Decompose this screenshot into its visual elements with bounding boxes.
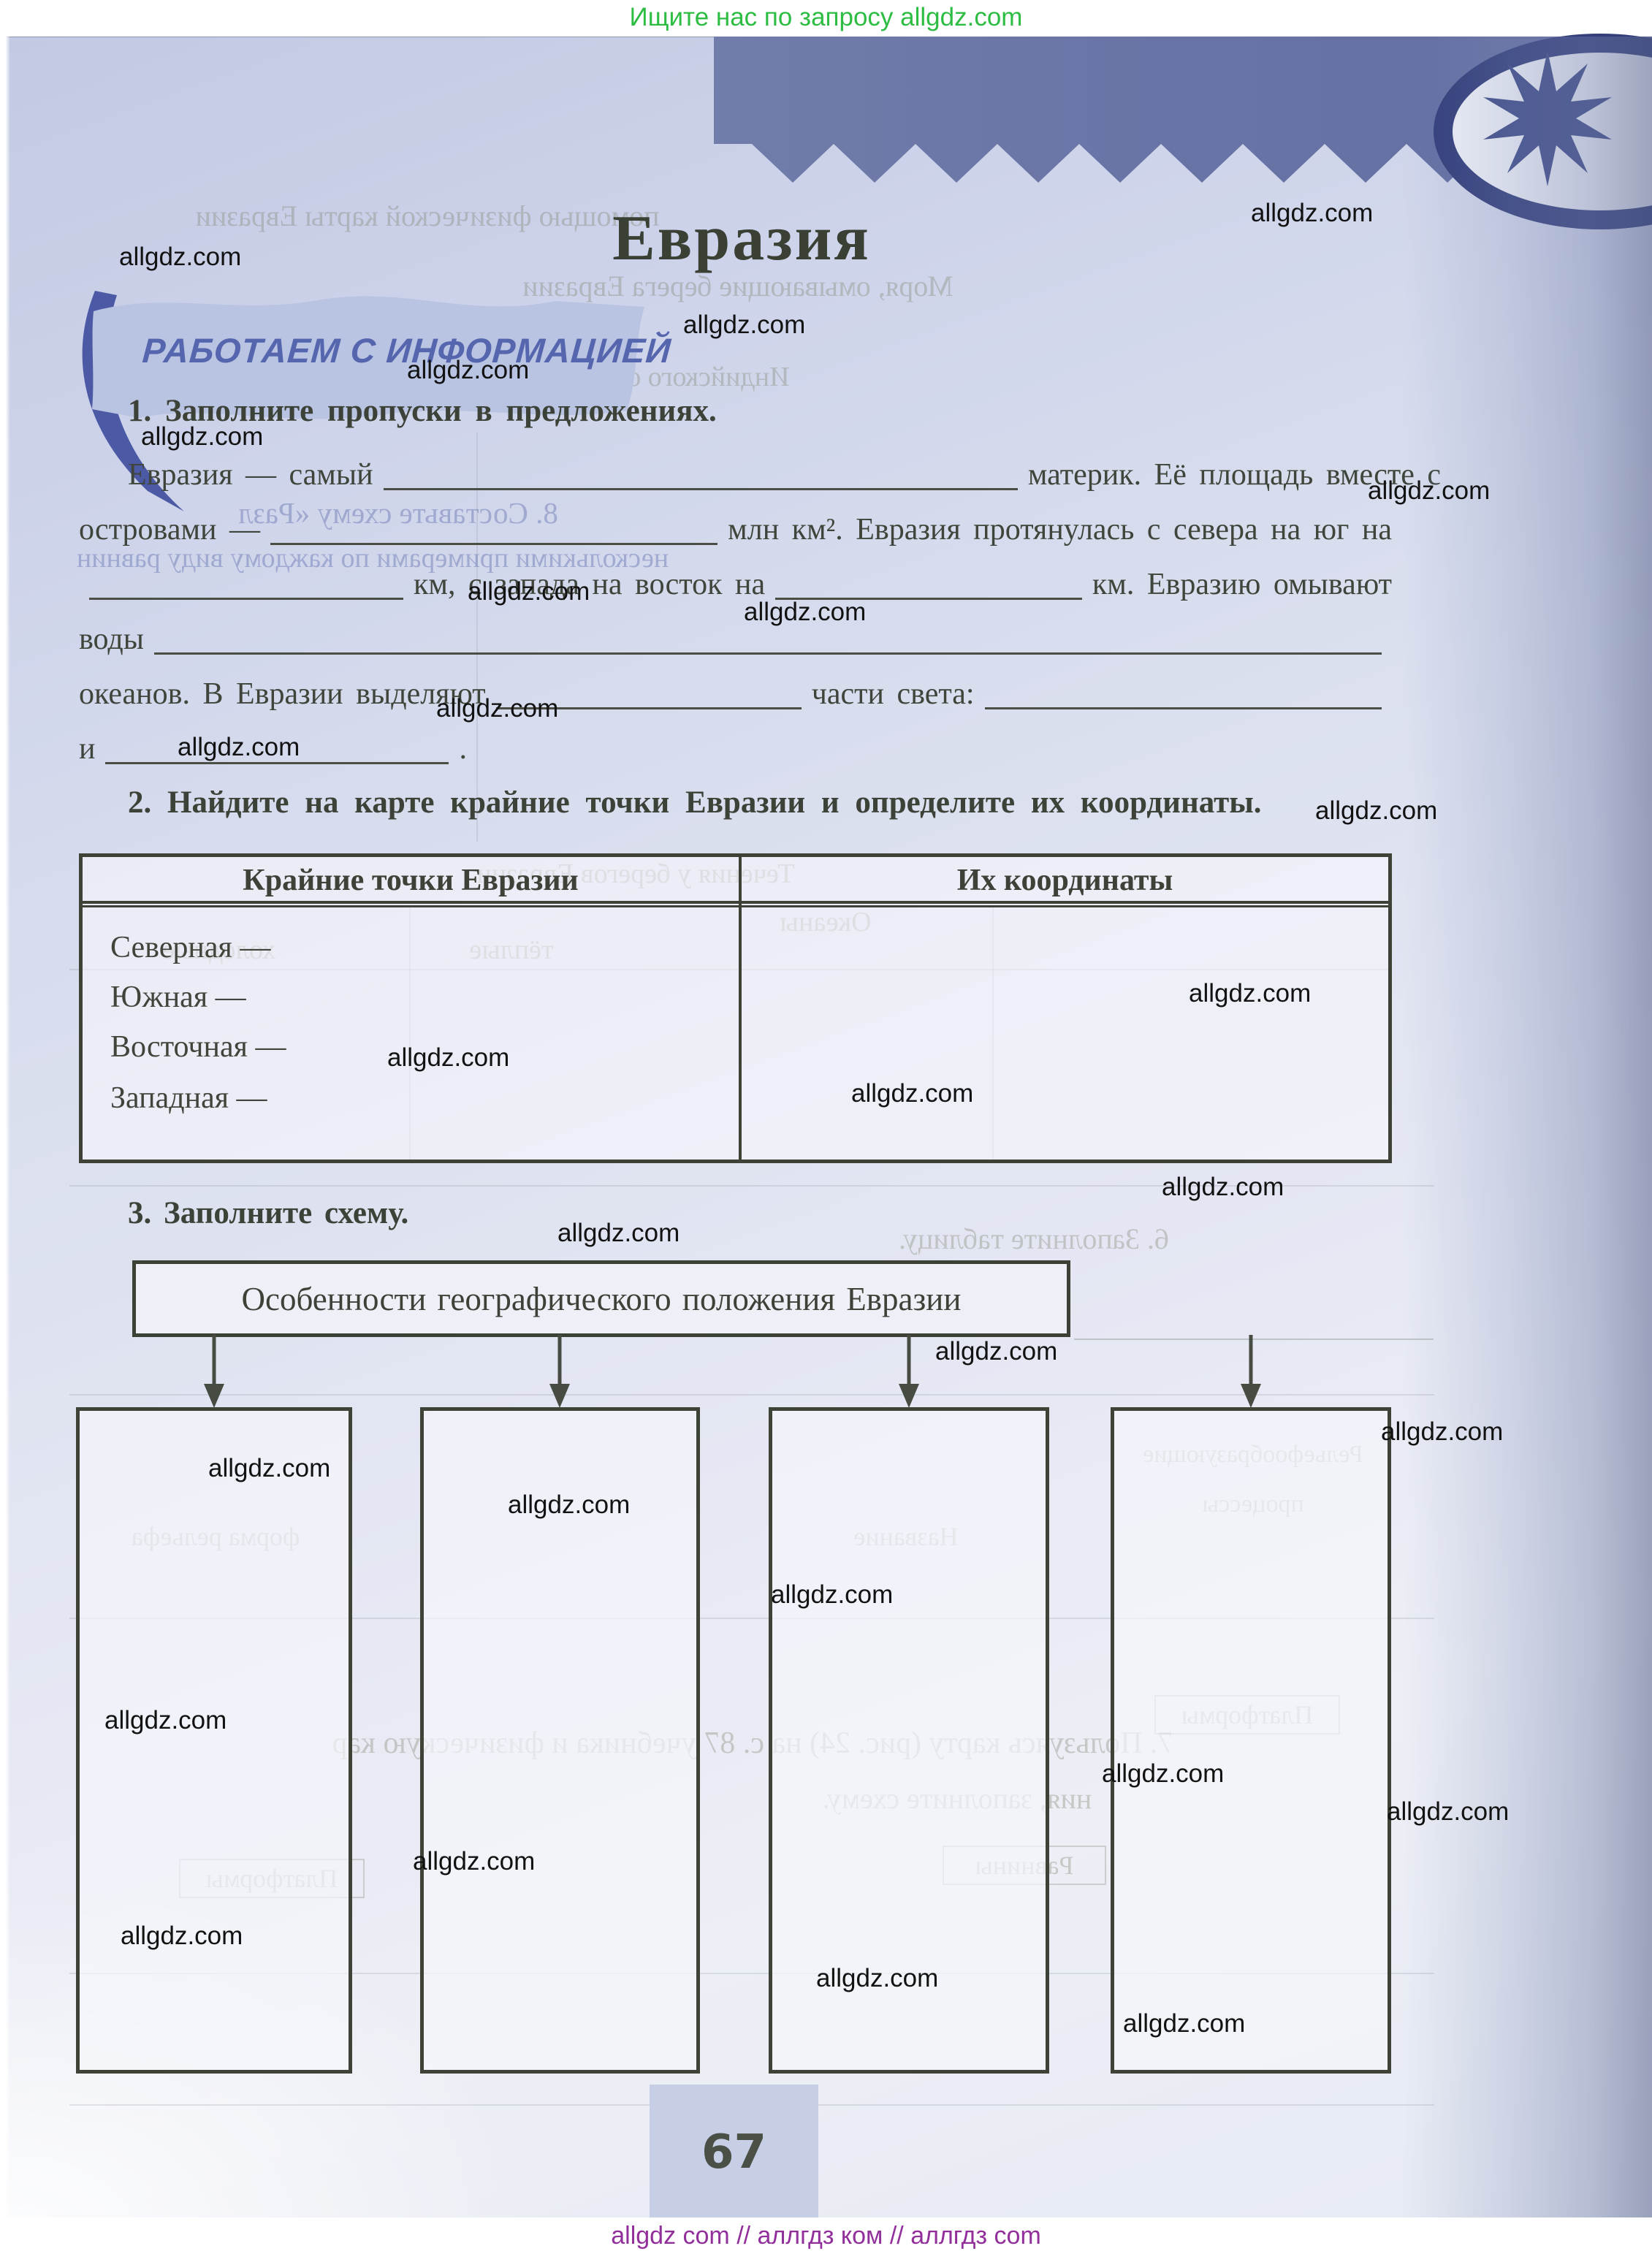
- watermark-text: allgdz.com: [121, 1922, 243, 1951]
- watermark-text: allgdz.com: [436, 694, 558, 723]
- watermark-text: allgdz.com: [508, 1490, 630, 1520]
- watermark-text: allgdz.com: [119, 243, 241, 272]
- fill-line-text: воды: [79, 621, 144, 658]
- watermark-text: allgdz.com: [1381, 1417, 1503, 1447]
- blank-underline: [775, 566, 1082, 600]
- blank-underline: [985, 675, 1382, 709]
- watermark-text: allgdz.com: [387, 1043, 509, 1073]
- watermark-text: allgdz.com: [1387, 1797, 1509, 1827]
- table-row-label: Восточная —: [110, 1029, 286, 1065]
- footer-strip: allgdz com // аллгдз ком // аллгдз com: [0, 2217, 1652, 2254]
- watermark-text: allgdz.com: [208, 1454, 330, 1483]
- watermark-text: allgdz.com: [744, 598, 866, 627]
- schema-box-4: [1111, 1407, 1391, 2074]
- footer-promo-text: allgdz com // аллгдз ком // аллгдз com: [611, 2222, 1041, 2250]
- fill-line-text: части света:: [812, 676, 975, 712]
- page-left-edge: [0, 37, 10, 2217]
- watermark-text: allgdz.com: [1123, 2009, 1245, 2038]
- watermark-text: allgdz.com: [178, 733, 300, 762]
- table-header-double-line: [83, 901, 1388, 907]
- watermark-text: allgdz.com: [1315, 796, 1437, 826]
- zigzag-band: [0, 37, 1652, 190]
- scanned-workbook-page: помощью физической карты ЕвразииМоря, ом…: [0, 0, 1652, 2254]
- page-number: 67: [701, 2125, 766, 2179]
- page-title: Евразия: [577, 202, 906, 275]
- watermark-text: allgdz.com: [141, 422, 263, 452]
- table-header-col1: Крайние точки Евразии: [83, 863, 739, 898]
- bleedthrough-text: 6. Заполните таблицу.: [862, 1222, 1206, 1256]
- extreme-points-table: Крайние точки Евразии Их координаты Севе…: [79, 853, 1392, 1163]
- watermark-text: allgdz.com: [935, 1337, 1057, 1366]
- watermark-text: allgdz.com: [1251, 199, 1373, 228]
- task2-heading: 2. Найдите на карте крайние точки Еврази…: [128, 785, 1262, 820]
- watermark-text: allgdz.com: [816, 1964, 938, 1993]
- fill-line: океанов. В Евразии выделяютчасти света:: [79, 673, 1392, 712]
- table-row-label: Западная —: [110, 1081, 267, 1116]
- top-promo-bar: Ищите нас по запросу allgdz.com: [0, 0, 1652, 37]
- schema-title: Особенности географического положения Ев…: [242, 1280, 962, 1318]
- watermark-text: allgdz.com: [851, 1079, 973, 1108]
- blank-underline: [270, 511, 717, 545]
- table-row-label: Южная —: [110, 980, 246, 1015]
- table-header-col2: Их координаты: [742, 863, 1388, 898]
- schema-arrows: [0, 1333, 1652, 1414]
- fill-line-text: км. Евразию омывают: [1092, 566, 1392, 603]
- blank-underline: [89, 566, 403, 600]
- fill-line-text: океанов. В Евразии выделяют: [79, 676, 486, 712]
- fill-line: Евразия — самыйматерик. Её площадь вмест…: [79, 454, 1441, 493]
- page-number-tab: 67: [650, 2084, 818, 2220]
- fill-line-text: млн км². Евразия протянулась с севера на…: [728, 511, 1392, 548]
- watermark-text: allgdz.com: [1102, 1759, 1224, 1789]
- fill-line-text: .: [459, 731, 467, 767]
- watermark-text: allgdz.com: [468, 577, 590, 606]
- task3-heading: 3. Заполните схему.: [128, 1195, 408, 1231]
- ribbon-label: РАБОТАЕМ С ИНФОРМАЦИЕЙ: [141, 330, 641, 370]
- watermark-text: allgdz.com: [407, 356, 529, 385]
- watermark-text: allgdz.com: [1368, 476, 1490, 506]
- watermark-text: allgdz.com: [771, 1580, 893, 1610]
- blank-underline: [384, 456, 1018, 490]
- watermark-text: allgdz.com: [413, 1847, 535, 1876]
- watermark-text: allgdz.com: [1189, 979, 1311, 1008]
- fill-line-text: и: [79, 731, 95, 767]
- schema-title-box: Особенности географического положения Ев…: [132, 1260, 1070, 1337]
- schema-box-1: [76, 1407, 352, 2074]
- fill-line-text: Евразия — самый: [128, 457, 373, 493]
- watermark-text: allgdz.com: [1162, 1173, 1284, 1202]
- watermark-text: allgdz.com: [104, 1706, 227, 1735]
- watermark-text: allgdz.com: [683, 311, 805, 340]
- watermark-text: allgdz.com: [557, 1219, 680, 1248]
- fill-line: островами —млн км². Евразия протянулась …: [79, 509, 1392, 548]
- star-icon: [1469, 39, 1644, 207]
- table-row-label: Северная —: [110, 930, 270, 965]
- fill-line: км, с запада на восток накм. Евразию омы…: [79, 563, 1392, 603]
- fill-line: воды: [79, 618, 1392, 658]
- fill-line-text: островами —: [79, 511, 260, 548]
- promo-banner-text: Ищите нас по запросу allgdz.com: [630, 3, 1023, 31]
